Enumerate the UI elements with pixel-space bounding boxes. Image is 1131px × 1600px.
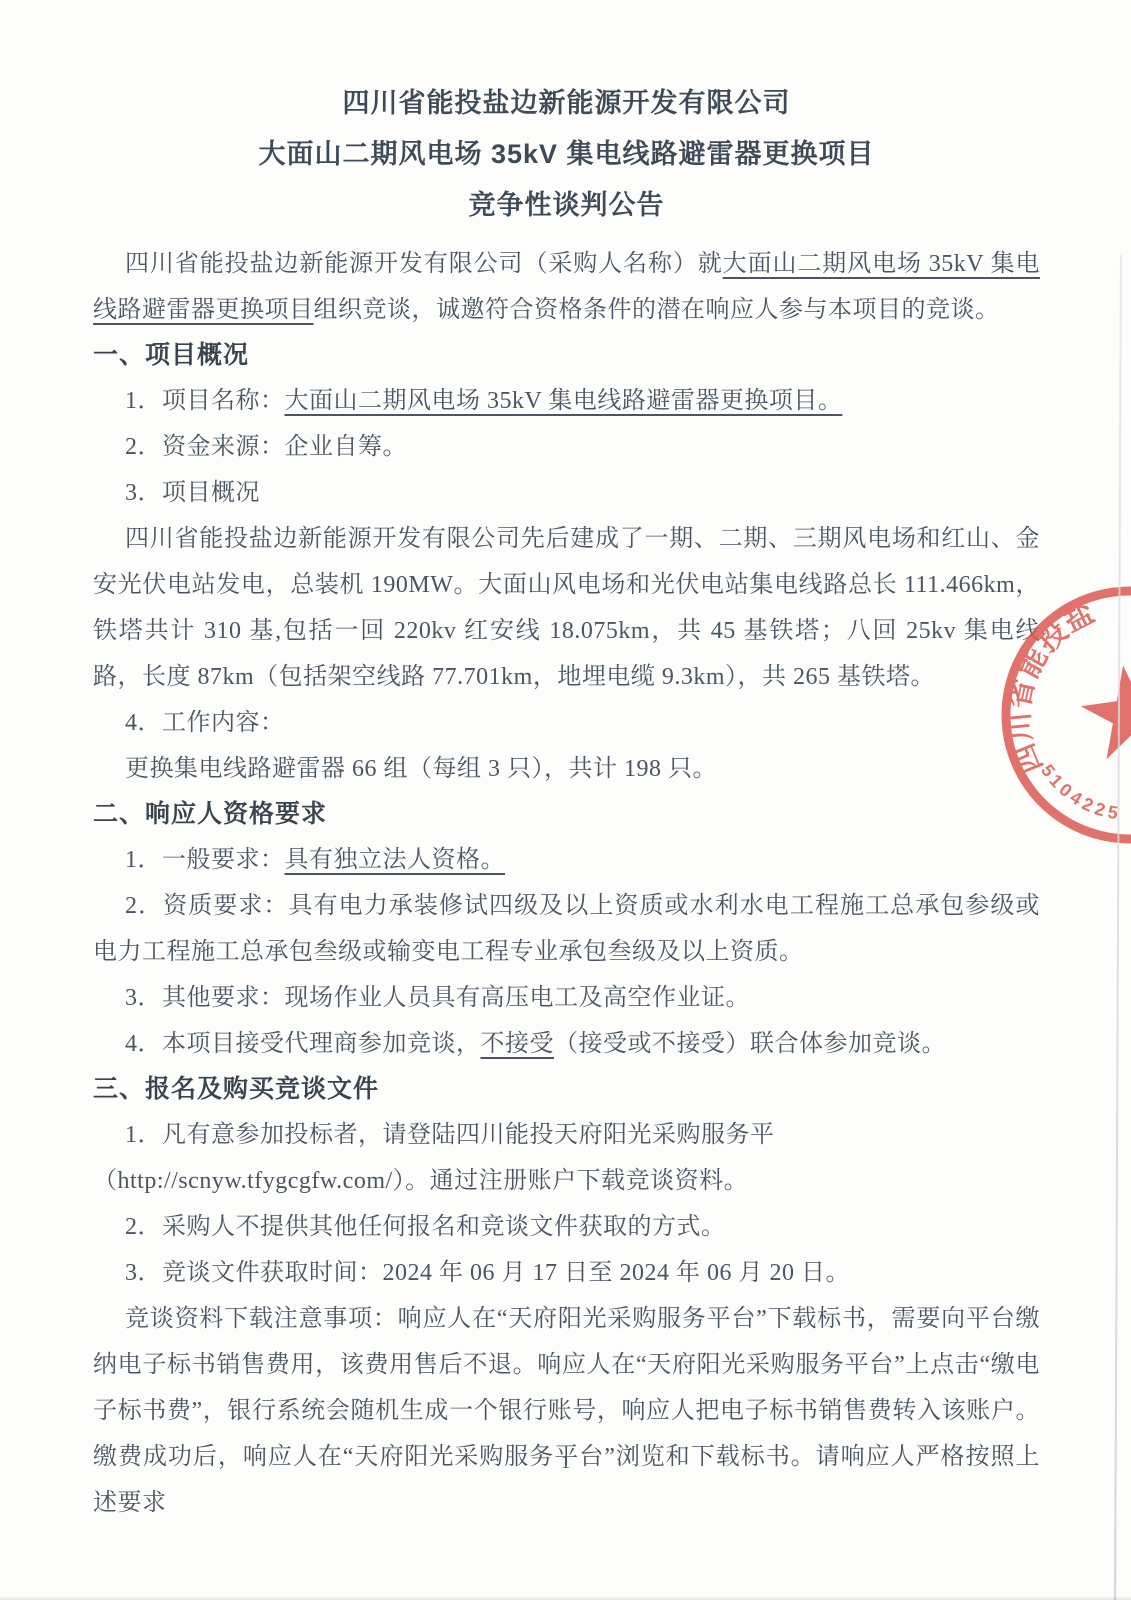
general-requirement-label: 1．一般要求： [125,847,285,873]
project-overview-text: 四川省能投盐边新能源开发有限公司先后建成了一期、二期、三期风电场和红山、金安光伏… [93,516,1040,700]
document-page: 四川省能投盐边新能源开发有限公司 大面山二期风电场 35kV 集电线路避雷器更换… [0,0,1131,1600]
work-content-text: 更换集电线路避雷器 66 组（每组 3 只），共计 198 只。 [93,746,1040,792]
section-2-heading: 二、响应人资格要求 [93,792,1040,837]
consortium-choice: 不接受 [481,1031,555,1057]
funding-source-item: 2．资金来源：企业自筹。 [93,424,1040,470]
title-block: 四川省能投盐边新能源开发有限公司 大面山二期风电场 35kV 集电线路避雷器更换… [93,78,1040,231]
document-content: 四川省能投盐边新能源开发有限公司 大面山二期风电场 35kV 集电线路避雷器更换… [0,0,1131,1526]
title-company: 四川省能投盐边新能源开发有限公司 [93,78,1040,129]
intro-post-text: 组织竞谈，诚邀符合资格条件的潜在响应人参与本项目的竞谈。 [314,297,1000,323]
consortium-item: 4．本项目接受代理商参加竞谈，不接受（接受或不接受）联合体参加竞谈。 [93,1021,1040,1067]
consortium-post-text: （接受或不接受）联合体参加竞谈。 [554,1031,946,1057]
download-note-paragraph: 竞谈资料下载注意事项：响应人在“天府阳光采购服务平台”下载标书，需要向平台缴纳电… [93,1296,1040,1526]
work-content-label: 4．工作内容： [93,700,1040,746]
project-name-item: 1．项目名称：大面山二期风电场 35kV 集电线路避雷器更换项目。 [93,378,1040,424]
page-number: 1 [0,1452,1131,1473]
other-requirement-item: 3．其他要求：现场作业人员具有高压电工及高空作业证。 [93,975,1040,1021]
general-requirement-item: 1．一般要求：具有独立法人资格。 [93,837,1040,883]
section-3-heading: 三、报名及购买竞谈文件 [93,1067,1040,1112]
consortium-pre-text: 4．本项目接受代理商参加竞谈， [125,1031,481,1057]
general-requirement-value: 具有独立法人资格。 [285,847,506,873]
intro-pre-text: 四川省能投盐边新能源开发有限公司（采购人名称）就 [125,251,723,277]
project-name-label: 1．项目名称： [125,388,285,414]
title-doc-type: 竞争性谈判公告 [93,180,1040,231]
intro-paragraph: 四川省能投盐边新能源开发有限公司（采购人名称）就大面山二期风电场 35kV 集电… [93,241,1040,333]
section-1-heading: 一、项目概况 [93,333,1040,378]
document-period-item: 3．竞谈文件获取时间：2024 年 06 月 17 日至 2024 年 06 月… [93,1250,1040,1296]
title-project: 大面山二期风电场 35kV 集电线路避雷器更换项目 [93,129,1040,180]
no-other-method-item: 2．采购人不提供其他任何报名和竞谈文件获取的方式。 [93,1204,1040,1250]
qualification-requirement-item: 2．资质要求：具有电力承装修试四级及以上资质或水利水电工程施工总承包参级或电力工… [93,883,1040,975]
project-overview-label: 3．项目概况 [93,470,1040,516]
registration-item-line2-url: （http://scnyw.tfygcgfw.com/）。通过注册账户下载竞谈资… [93,1158,1040,1204]
registration-item-line1: 1．凡有意参加投标者，请登陆四川能投天府阳光采购服务平 [93,1112,1040,1158]
project-name-value: 大面山二期风电场 35kV 集电线路避雷器更换项目。 [285,388,843,414]
scanned-page-bottom-shadow [0,1596,1131,1600]
